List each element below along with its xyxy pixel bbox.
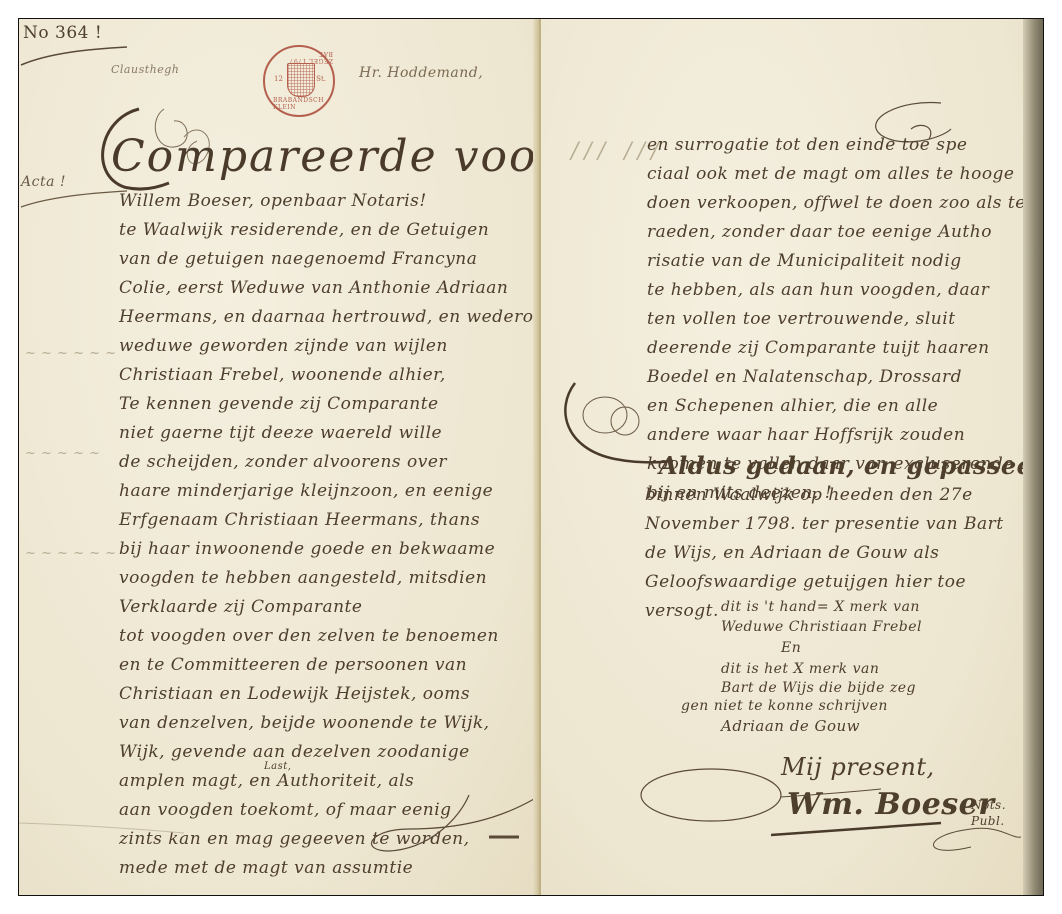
body-line: Boedel en Nalatenschap, Drossard [647,363,1026,392]
body-line: bij haar inwoonende goede en bekwaame [119,535,550,564]
body-line: haare minderjarige kleijnzoon, en eenige [119,477,550,506]
top-note-left: Clausthegh [111,63,179,76]
tax-stamp-seal: ZEGEL 1797 BAT 12 St. BRABANDSCH KLEIN [263,45,335,117]
body-line: Willem Boeser, openbaar Notaris! [119,187,550,216]
marks-block: dit is 't hand= X merk van Weduwe Christ… [721,597,922,737]
coat-of-arms-icon [287,63,315,97]
aldus-flourish [555,379,675,479]
seal-ring-bottom-text: BRABANDSCH KLEIN [273,97,333,111]
left-page: No 364 ! Clausthegh ZEGEL 1797 BAT 12 St… [19,19,541,895]
body-line: van denzelven, beijde woonende te Wijk, [119,709,550,738]
body-line: risatie van de Municipaliteit nodig [647,247,1026,276]
body-line: weduwe geworden zijnde van wijlen [119,332,550,361]
seal-ring-top-text: ZEGEL 1797 BAT [279,50,333,64]
body-line: en surrogatie tot den einde toe spe [647,131,1026,160]
body-line: deerende zij Comparante tuijt haaren [647,334,1026,363]
body-line: Wijk, gevende aan dezelven zoodanige [119,738,550,767]
closing-line: November 1798. ter presentie van Bart [645,510,1004,539]
closing-line: de Wijs, en Adriaan de Gouw als [645,539,1004,568]
mark-line: gen niet te konne schrijven [681,697,922,715]
seal-unit: St. [316,75,326,83]
body-line: van de getuigen naegenoemd Francyna [119,245,550,274]
bleed-line [19,819,189,839]
body-line: andere waar haar Hoffsrijk zouden [647,421,1026,450]
mark-line: En [721,637,922,659]
body-line: te hebben, als aan hun voogden, daar [647,276,1026,305]
deed-body-left: Willem Boeser, openbaar Notaris! te Waal… [119,187,550,883]
seal-value: 12 [274,75,283,83]
top-note-right: Hr. Hoddemand, [359,65,483,81]
closing-line: Geloofswaardige getuijgen hier toe [645,568,1004,597]
body-line: raeden, zonder daar toe eenige Autho [647,218,1026,247]
body-line: Heermans, en daarnaa hertrouwd, en weder… [119,303,550,332]
body-line: Christiaan en Lodewijk Heijstek, ooms [119,680,550,709]
bleed-through-text: ~ ~ ~ ~ ~ ~ [25,539,117,568]
body-line: tot voogden over den zelven te benoemen [119,622,550,651]
mark-line: Bart de Wijs die bijde zeg [721,679,922,697]
witness-signature: Adriaan de Gouw [721,715,922,737]
body-line: niet gaerne tijt deeze waereld wille [119,419,550,448]
bleed-through-text: ~ ~ ~ ~ ~ [25,439,101,468]
body-line: ten vollen toe vertrouwende, sluit [647,305,1026,334]
body-line: de scheijden, zonder alvoorens over [119,448,550,477]
closing-line: binnen Waalwijk op heeden den 27e [645,481,1004,510]
body-line: te Waalwijk residerende, en de Getuigen [119,216,550,245]
right-page: /// /// en surrogatie tot den einde toe … [541,19,1025,895]
page-edge-shadow [1023,19,1043,895]
body-line: Verklaarde zij Comparante [119,593,550,622]
body-line: doen verkoopen, offwel te doen zoo als t… [647,189,1026,218]
mark-line: dit is 't hand= X merk van [721,597,922,617]
body-line: Erfgenaam Christiaan Heermans, thans [119,506,550,535]
body-line: voogden te hebben aangesteld, mitsdien [119,564,550,593]
mark-line: Weduwe Christiaan Frebel [721,617,922,637]
body-line: ciaal ook met de magt om alles te hooge [647,160,1026,189]
body-line: Colie, eerst Weduwe van Anthonie Adriaan [119,274,550,303]
body-line: en Schepenen alhier, die en alle [647,392,1026,421]
closing-heading: Aldus gedaan, en gepasseert [659,451,1044,480]
margin-note-flourish [19,187,129,211]
signature-flourish [641,759,1021,859]
interlinear-insertion: Last, [264,761,291,772]
body-line: en te Committeeren de persoonen van [119,651,550,680]
bleed-through-text: ~ ~ ~ ~ ~ ~ [25,339,117,368]
mark-line: dit is het X merk van [721,659,922,679]
body-line: Christiaan Frebel, woonende alhier, [119,361,550,390]
scanned-document: No 364 ! Clausthegh ZEGEL 1797 BAT 12 St… [18,18,1044,896]
closing-flourish-left [349,789,539,859]
body-line: Te kennen gevende zij Comparante [119,390,550,419]
